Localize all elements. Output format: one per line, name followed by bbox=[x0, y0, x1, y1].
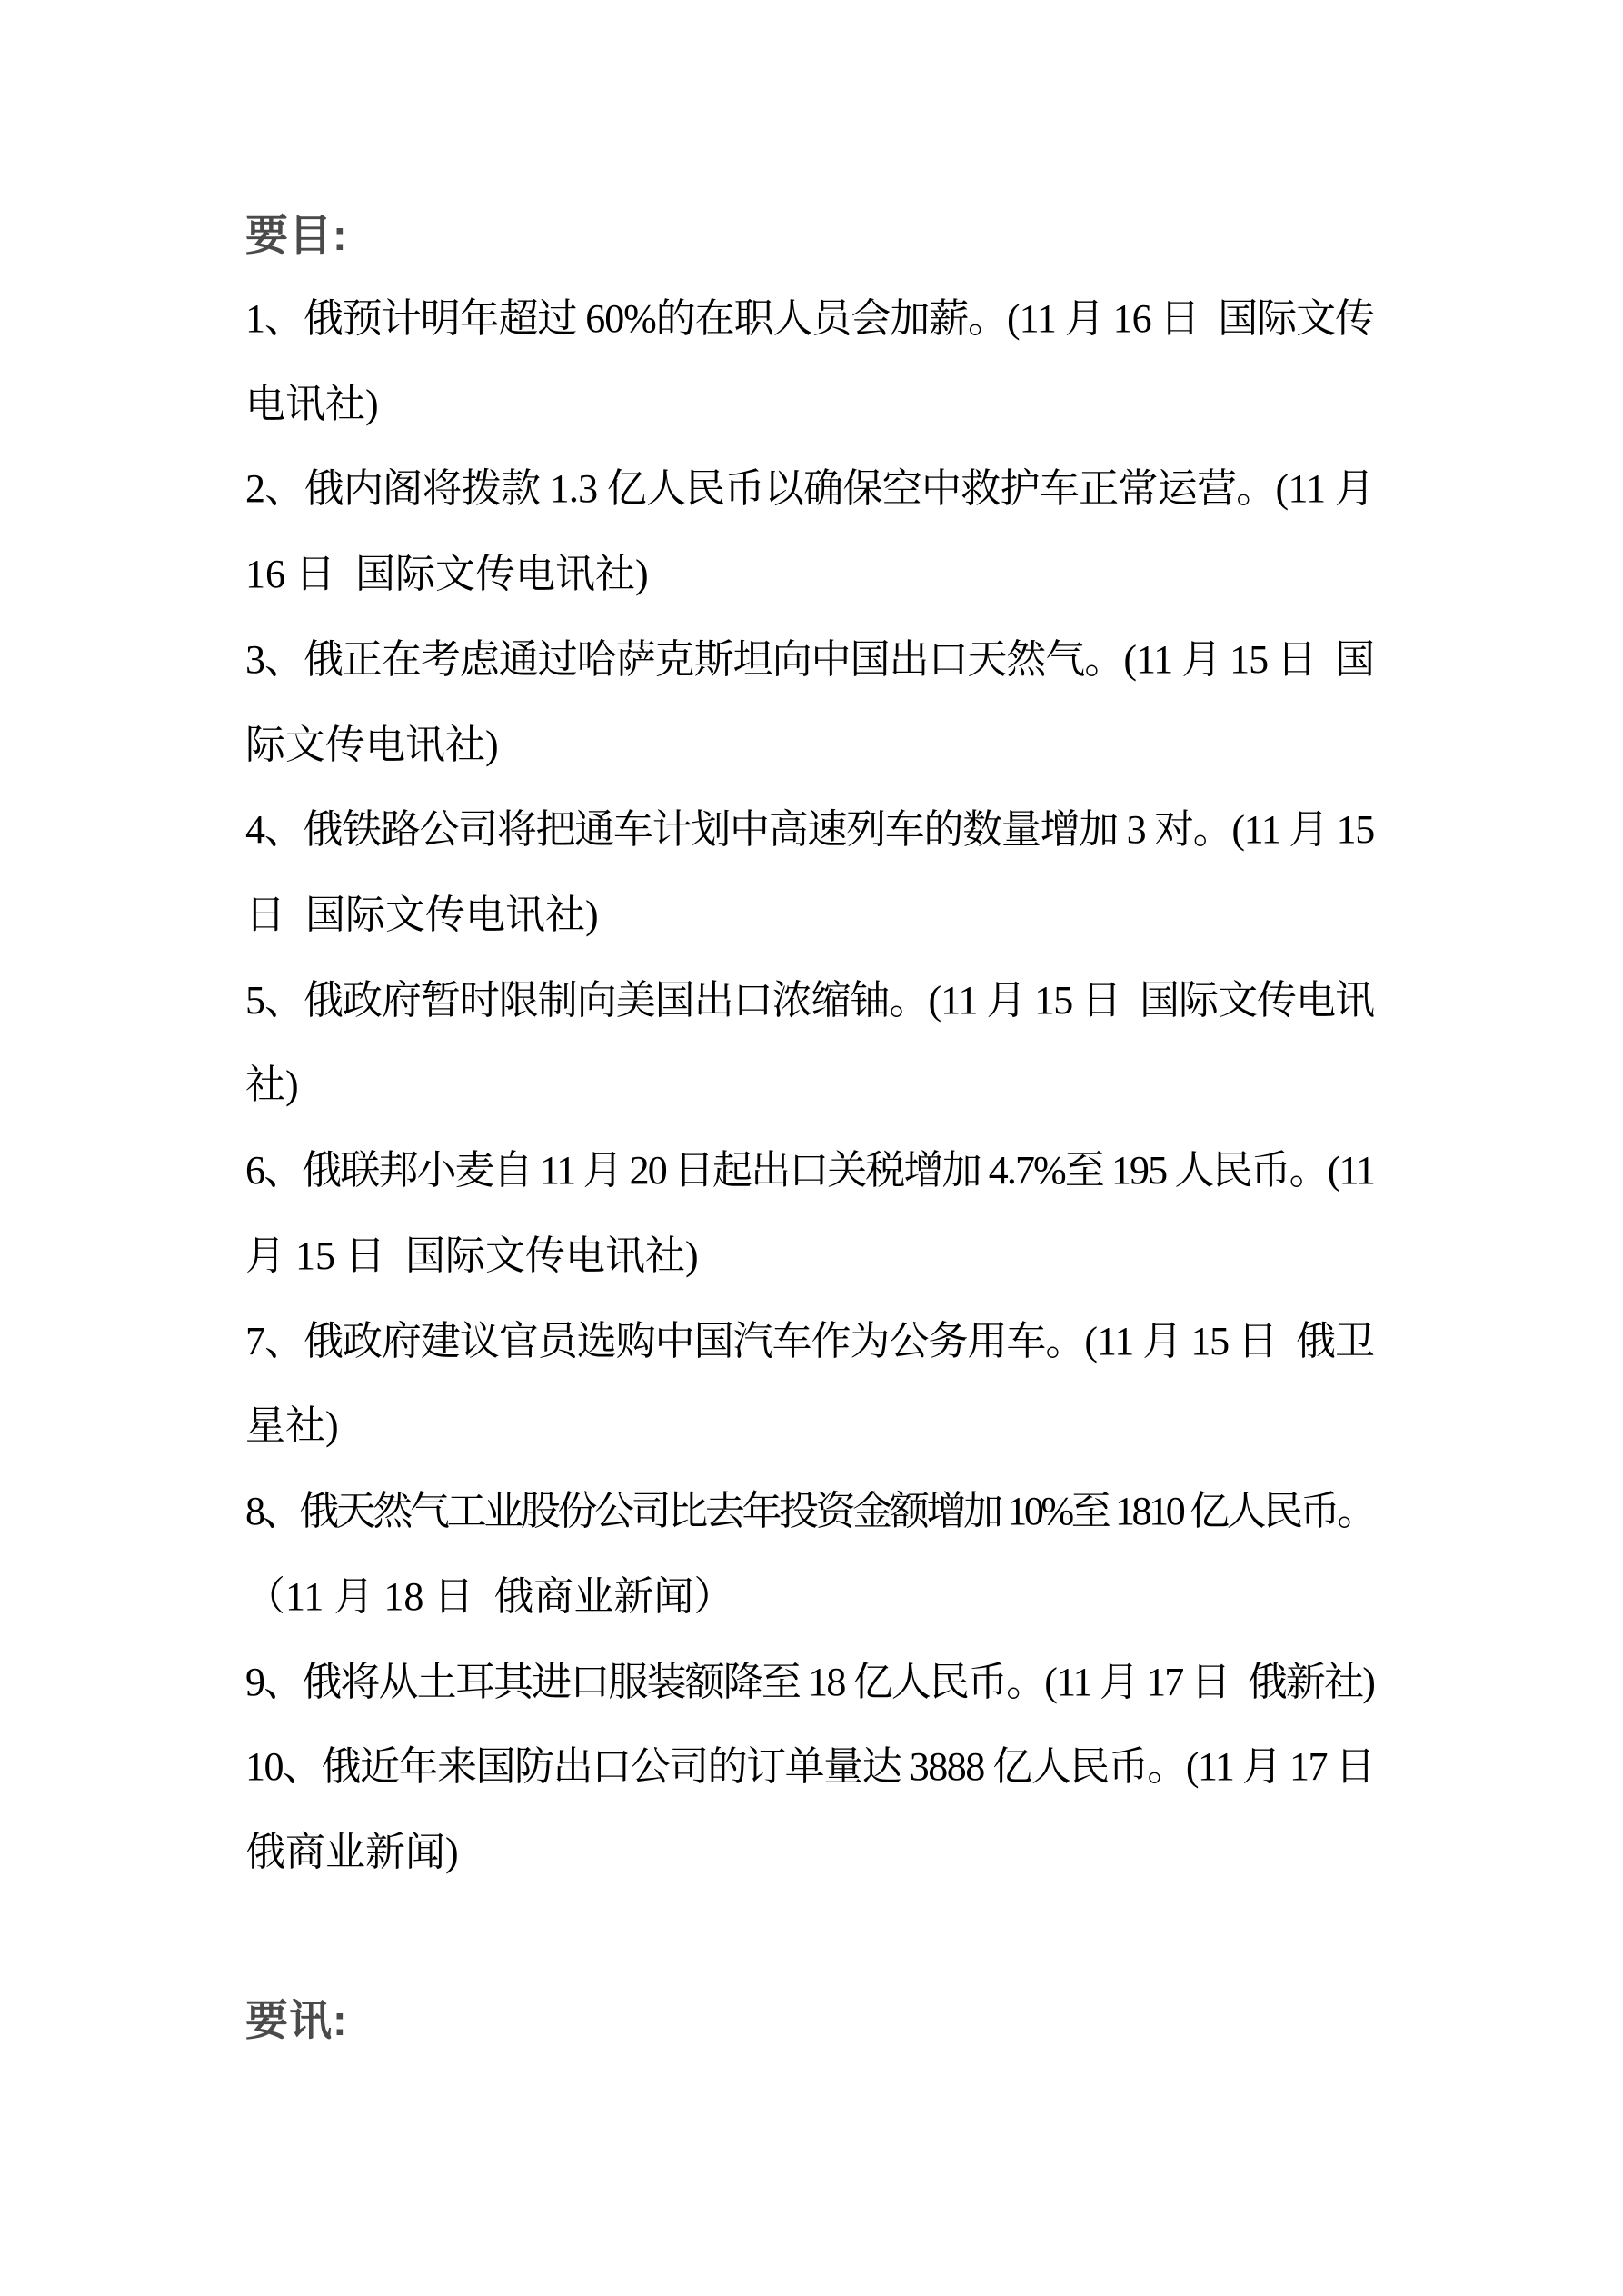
catalog-line-text: 1、俄预计明年超过 60%的在职人员会加薪。(11 月 16 日 国际文传 bbox=[245, 296, 1374, 341]
catalog-line: 月 15 日 国际文传电讯社) bbox=[245, 1213, 1374, 1299]
catalog-line: 星社) bbox=[245, 1383, 1374, 1469]
catalog-line-text: 7、俄政府建议官员选购中国汽车作为公务用车。(11 月 15 日 俄卫 bbox=[245, 1319, 1374, 1363]
catalog-line-text: 3、俄正在考虑通过哈萨克斯坦向中国出口天然气。(11 月 15 日 国 bbox=[245, 637, 1374, 682]
catalog-line: 10、俄近年来国防出口公司的订单量达 3888 亿人民币。(11 月 17 日 bbox=[245, 1724, 1374, 1810]
catalog-line: 1、俄预计明年超过 60%的在职人员会加薪。(11 月 16 日 国际文传 bbox=[245, 276, 1374, 362]
catalog-line: 4、俄铁路公司将把通车计划中高速列车的数量增加 3 对。(11 月 15 bbox=[245, 787, 1374, 873]
catalog-line-text: 电讯社) bbox=[245, 382, 379, 426]
catalog-line-text: 2、俄内阁将拨款 1.3 亿人民币以确保空中救护车正常运营。(11 月 bbox=[245, 466, 1374, 511]
catalog-heading: 要目: bbox=[245, 193, 348, 278]
catalog-line-text: 际文传电讯社) bbox=[245, 723, 499, 767]
catalog-line: 5、俄政府暂时限制向美国出口浓缩铀。(11 月 15 日 国际文传电讯 bbox=[245, 958, 1374, 1043]
catalog-line-text: 9、俄将从土耳其进口服装额降至 18 亿人民币。(11 月 17 日 俄新社) bbox=[245, 1660, 1374, 1704]
catalog-line-text: 月 15 日 国际文传电讯社) bbox=[245, 1233, 699, 1278]
catalog-line: （11 月 18 日 俄商业新闻） bbox=[245, 1554, 1374, 1640]
catalog-line-text: 10、俄近年来国防出口公司的订单量达 3888 亿人民币。(11 月 17 日 bbox=[245, 1744, 1374, 1789]
catalog-line: 社) bbox=[245, 1043, 1374, 1128]
catalog-line-text: 星社) bbox=[245, 1403, 339, 1448]
news-heading: 要讯: bbox=[245, 1978, 348, 2063]
catalog-line-text: 俄商业新闻) bbox=[245, 1830, 459, 1874]
catalog-line: 2、俄内阁将拨款 1.3 亿人民币以确保空中救护车正常运营。(11 月 bbox=[245, 446, 1374, 532]
catalog-line-text: 6、俄联邦小麦自 11 月 20 日起出口关税增加 4.7%至 195 人民币。… bbox=[245, 1148, 1374, 1193]
catalog-line-text: 社) bbox=[245, 1063, 299, 1107]
catalog-line-text: 16 日 国际文传电讯社) bbox=[245, 552, 649, 596]
catalog-line-text: （11 月 18 日 俄商业新闻） bbox=[245, 1574, 733, 1619]
catalog-lines: 1、俄预计明年超过 60%的在职人员会加薪。(11 月 16 日 国际文传电讯社… bbox=[245, 276, 1374, 1895]
catalog-line: 电讯社) bbox=[245, 362, 1374, 447]
catalog-line-text: 日 国际文传电讯社) bbox=[245, 893, 599, 937]
catalog-line: 8、俄天然气工业股份公司比去年投资金额增加 10%至 1810 亿人民币。 bbox=[245, 1469, 1374, 1554]
catalog-line: 9、俄将从土耳其进口服装额降至 18 亿人民币。(11 月 17 日 俄新社) bbox=[245, 1640, 1374, 1725]
catalog-line: 6、俄联邦小麦自 11 月 20 日起出口关税增加 4.7%至 195 人民币。… bbox=[245, 1128, 1374, 1213]
catalog-line: 7、俄政府建议官员选购中国汽车作为公务用车。(11 月 15 日 俄卫 bbox=[245, 1299, 1374, 1384]
catalog-line-text: 4、俄铁路公司将把通车计划中高速列车的数量增加 3 对。(11 月 15 bbox=[245, 807, 1374, 852]
catalog-line: 16 日 国际文传电讯社) bbox=[245, 532, 1374, 617]
catalog-line: 3、俄正在考虑通过哈萨克斯坦向中国出口天然气。(11 月 15 日 国 bbox=[245, 617, 1374, 703]
catalog-line-text: 5、俄政府暂时限制向美国出口浓缩铀。(11 月 15 日 国际文传电讯 bbox=[245, 978, 1374, 1023]
catalog-line: 日 国际文传电讯社) bbox=[245, 873, 1374, 958]
document-page: 要目: 1、俄预计明年超过 60%的在职人员会加薪。(11 月 16 日 国际文… bbox=[0, 0, 1623, 2296]
catalog-line: 际文传电讯社) bbox=[245, 703, 1374, 788]
catalog-line: 俄商业新闻) bbox=[245, 1810, 1374, 1895]
catalog-line-text: 8、俄天然气工业股份公司比去年投资金额增加 10%至 1810 亿人民币。 bbox=[245, 1489, 1374, 1533]
